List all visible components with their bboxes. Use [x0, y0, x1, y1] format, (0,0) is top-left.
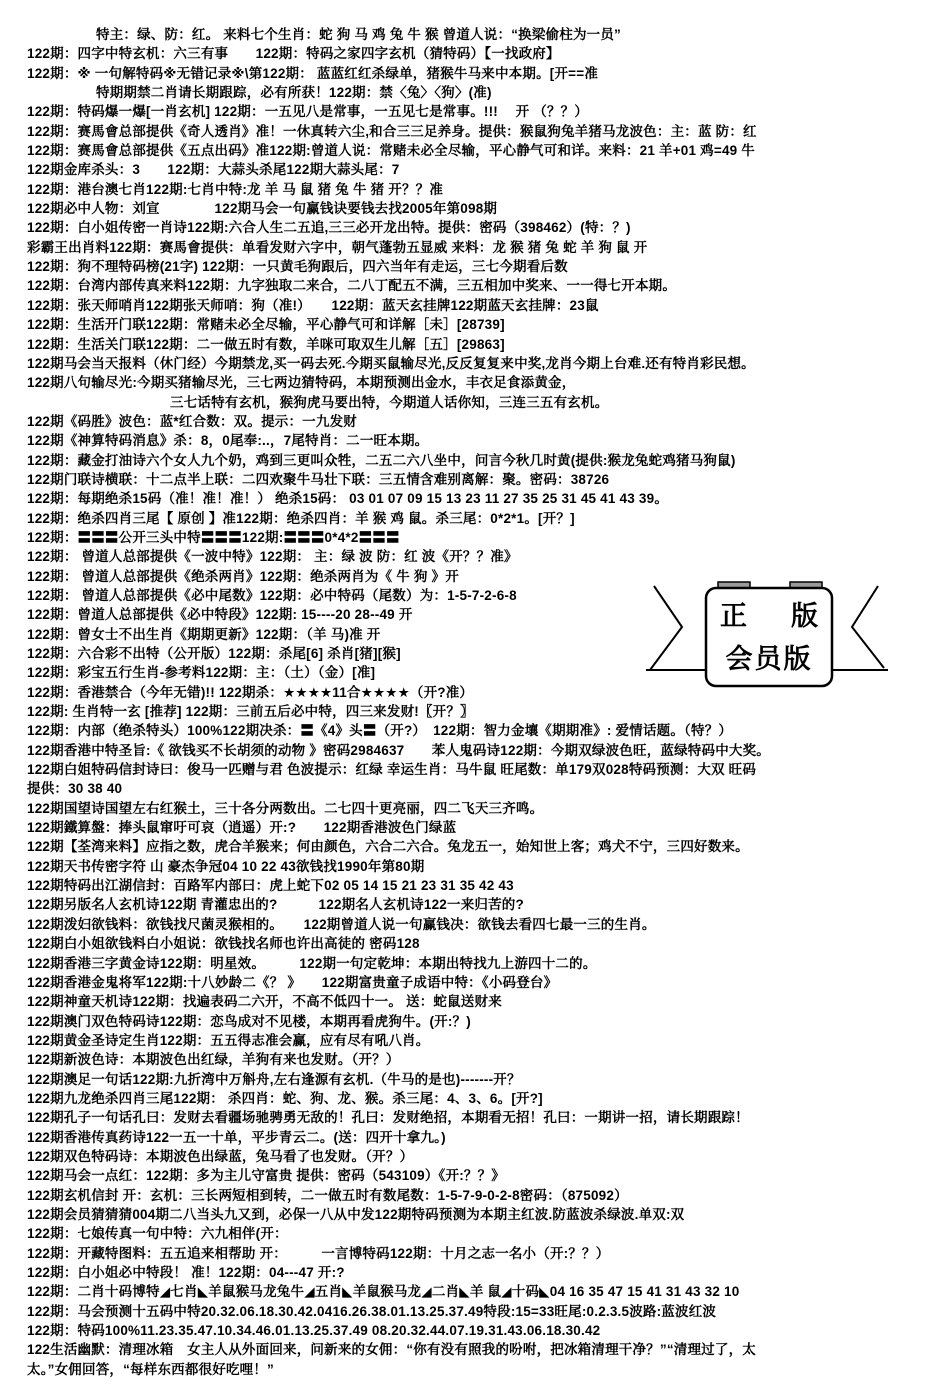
text-line: 122期另版名人玄机诗122期 青灌忠出的? 122期名人玄机诗122一来归苦的… [27, 895, 944, 914]
text-line: 122期：赛馬會总部提供《奇人透肖》准！一休真转六尘,和合三三足养身。提供：猴鼠… [27, 122, 944, 141]
text-line: 122期：每期绝杀15码（准！准！准！） 绝杀15码： 03 01 07 09 … [27, 489, 944, 508]
text-line: 122期：白小姐传密一肖诗122期:六合人生二五追,三三必开龙出特。提供：密码（… [27, 218, 944, 237]
text-line: 122期：赛馬會总部提供《五点出码》准122期:曾道人说：常赌未必全尽输，平心静… [27, 141, 944, 160]
text-line: 122期必中人物：刘宣 122期马会一句赢钱诀要钱去找2005年第098期 [27, 199, 944, 218]
text-line: 122期香港三字黄金诗122期：明星效。 122期一句定乾坤：本期出特找九上游四… [27, 954, 944, 973]
text-line: 122期：特码100%11.23.35.47.10.34.46.01.13.25… [27, 1321, 944, 1340]
text-line: 122期：绝杀四肖三尾【 原创 】准122期：绝杀四肖：羊 猴 鸡 鼠。杀三尾：… [27, 509, 944, 528]
text-line: 122期：〓〓〓公开三头中特〓〓〓122期:〓〓〓0*4*2〓〓〓 [27, 528, 944, 547]
text-line: 122期国望诗国望左右红猴土，三十各分两数出。二七四十更亮丽，四二飞天三齐鸣。 [27, 799, 944, 818]
text-line: 122期鐵算盤：捧头鼠窜吁可哀（逍遥）开:? 122期香港波色门绿蓝 [27, 818, 944, 837]
text-line: 122期双色特码诗：本期波色出绿蓝，兔马看了也发财。（开？） [27, 1147, 944, 1166]
text-line: 122期金库杀头：3 122期：大蒜头杀尾122期大蒜头尾：7 [27, 160, 944, 179]
text-line: 122期香港传真药诗122一五一十单，平步青云二。(送：四开十拿九。) [27, 1128, 944, 1147]
text-line: 122期玄机信封 开：玄机：三长两短相到转，二一做五时有数尾数：1-5-7-9-… [27, 1186, 944, 1205]
text-line: 122期黄金圣诗定生肖122期：五五得志准会赢，应有尽有吼八肖。 [27, 1031, 944, 1050]
banner-line2: 会员版 [710, 637, 828, 676]
text-line: 122期：开藏特图料：五五追来相帮助 开： 一言博特码122期：十月之志一名小（… [27, 1244, 944, 1263]
text-line: 122期：藏金打油诗六个女人九个奶，鸡到三更叫众牲，二五二六八坐中，问言今秋几时… [27, 451, 944, 470]
text-line: 提供：30 38 40 [27, 779, 944, 798]
text-line: 122期《码胜》波色：蓝*红合数：双。提示：一九发财 [27, 412, 944, 431]
text-line: 122期：四字中特玄机：六三有事 122期：特码之家四字玄机（猜特码）【一找政府… [27, 44, 944, 63]
text-line: 122期天书传密字符 山 豪杰争冠04 10 22 43欲钱找1990年第80期 [27, 857, 944, 876]
text-line: 122期八句输尽光:今期买猪输尽光，三七两边猜特码，本期预测出金水，丰衣足食添黄… [27, 373, 944, 392]
text-line: 122期： 曾道人总部提供《一波中特》122期： 主：绿 波 防：红 波《开？？… [27, 547, 944, 566]
text-line: 122期泼妇欲钱料：欲钱找尺菌灵猴相的。 122期曾道人说一句赢钱决：欲钱去看四… [27, 915, 944, 934]
text-line: 122期：马会预测十五码中特20.32.06.18.30.42.0416.26.… [27, 1302, 944, 1321]
text-line: 122期: 生肖特一玄 [推荐] 122期：三前五后必中特，四三来发财!〖开？〗 [27, 702, 944, 721]
text-line: 122期澳足一句话122期:九折湾中万斛舟,左右逢源有玄机.（牛马的是也)---… [27, 1070, 944, 1089]
text-line: 122期香港金鬼将军122期:十八妙龄二《？ 》 122期富贵童子成语中特：《小… [27, 973, 944, 992]
text-line: 122期白姐特码信封诗曰：俊马一匹赠与君 色波提示：红绿 幸运生肖：马牛鼠 旺尾… [27, 760, 944, 779]
genuine-member-edition-banner: 正 版 会员版 [638, 580, 898, 692]
text-line: 122期特码出江湖信封：百路军内部曰：虎上蛇下02 05 14 15 21 23… [27, 876, 944, 895]
text-line: 特主：绿、防：红。 来料七个生肖：蛇 狗 马 鸡 兔 牛 猴 曾道人说：“换梁偷… [27, 25, 944, 44]
text-line: 122期：狗不理特码榜(21字) 122期：一只黄毛狗跟后，四六当年有走运，三七… [27, 257, 944, 276]
text-line: 122期会员猜猜猜004期二八当头九又到，必保一八从中发122期特码预测为本期主… [27, 1205, 944, 1224]
banner-line1: 正 版 [710, 594, 828, 633]
text-line: 122生活幽默：清理冰箱 女主人从外面回来，问新来的女佣：“你有没有照我的吩咐，… [27, 1340, 944, 1359]
text-line: 特期期禁二肖请长期跟踪，必有所获！122期：禁〈兔〉〈狗〉(准) [27, 83, 944, 102]
text-line: 122期：七娘传真一句中特：六九相伴(开： [27, 1224, 944, 1243]
banner-text: 正 版 会员版 [710, 592, 828, 678]
text-line: 122期香港中特圣旨:《 欲钱买不长胡须的动物 》密码2984637 苯人鬼码诗… [27, 741, 944, 760]
text-line: 太。”女佣回答，“每样东西都很好吃哩！” [27, 1360, 944, 1379]
text-line: 122期《神算特码消息》杀：8，0尾奉:..，7尾特肖：二一旺本期。 [27, 431, 944, 450]
text-line: 122期孔子一句话孔曰：发财去看疆场驰骋勇无敌的！孔曰：发财绝招，本期看无招！孔… [27, 1108, 944, 1127]
text-line: 122期白小姐欲钱料白小姐说：欲钱找名师也许出高徒的 密码128 [27, 934, 944, 953]
text-line: 122期九龙绝杀四肖三尾122期： 杀四肖：蛇、狗、龙、猴。杀三尾：4、3、6。… [27, 1089, 944, 1108]
text-line: 122期：生活关门联122期：二一做五时有数，羊咪可取双生儿解［五］[29863… [27, 335, 944, 354]
text-line: 122期：张天师哨肖122期张天师哨：狗（准!） 122期：蓝天玄挂牌122期蓝… [27, 296, 944, 315]
text-line: 三七话特有玄机，猴狗虎马要出特，今期道人话你知，三连三五有玄机。 [27, 393, 944, 412]
text-line: 122期马会一点红：122期：多为主儿守富贵 提供：密码（543109）《开:？… [27, 1166, 944, 1185]
text-line: 122期【荃湾来料】应指之数，虎合羊猴来；何由颜色，六合二六合。兔龙五一，始知世… [27, 837, 944, 856]
text-line: 122期门联诗横联：十二点半上联：二四欢聚牛马壮下联：三五情含难别离解：聚。密码… [27, 470, 944, 489]
text-line: 122期新波色诗：本期波色出红绿，羊狗有来也发财。（开？） [27, 1050, 944, 1069]
text-line: 122期：港台澳七肖122期:七肖中特:龙 羊 马 鼠 猪 兔 牛 猪 开？？准 [27, 180, 944, 199]
text-line: 彩霸王出肖料122期：赛馬會提供：单看发财六字中，朝气蓬勃五显威 来料：龙 猴 … [27, 238, 944, 257]
text-line: 122期神童天机诗122期：找遍表码二六开，不高不低四十一。 送：蛇鼠送财来 [27, 992, 944, 1011]
text-line: 122期：内部（绝杀特头）100%122期决杀：〓《4》头〓（开?） 122期：… [27, 721, 944, 740]
text-line: 122期：台湾内部传真来料122期：九字独取二来合，二八丁配五不满，三五相加中奖… [27, 276, 944, 295]
text-line: 122期澳门双色特码诗122期：恋鸟成对不见楼，本期再看虎狗牛。(开:？) [27, 1012, 944, 1031]
text-line: 122期：二肖十码博特◢七肖◣羊鼠猴马龙兔牛◢五肖◣羊鼠猴马龙◢二肖◣羊 鼠◢十… [27, 1282, 944, 1301]
text-line: 122期：白小姐必中特段！ 准！122期：04---47 开:? [27, 1263, 944, 1282]
text-line: 122期：生活开门联122期：常赌未必全尽输，平心静气可和详解［未］[28739… [27, 315, 944, 334]
text-line: 122期：特码爆一爆[一肖玄机] 122期：一五见八是常事，一五见七是常事。!!… [27, 102, 944, 121]
text-line: 122期马会当天报料（休门经）今期禁龙,买一码去死.今期买鼠输尽光,反反复复来中… [27, 354, 944, 373]
text-line: 122期：※ 一句解特码※无错记录※\第122期： 蓝蓝红红杀绿单，猪猴牛马来中… [27, 64, 944, 83]
